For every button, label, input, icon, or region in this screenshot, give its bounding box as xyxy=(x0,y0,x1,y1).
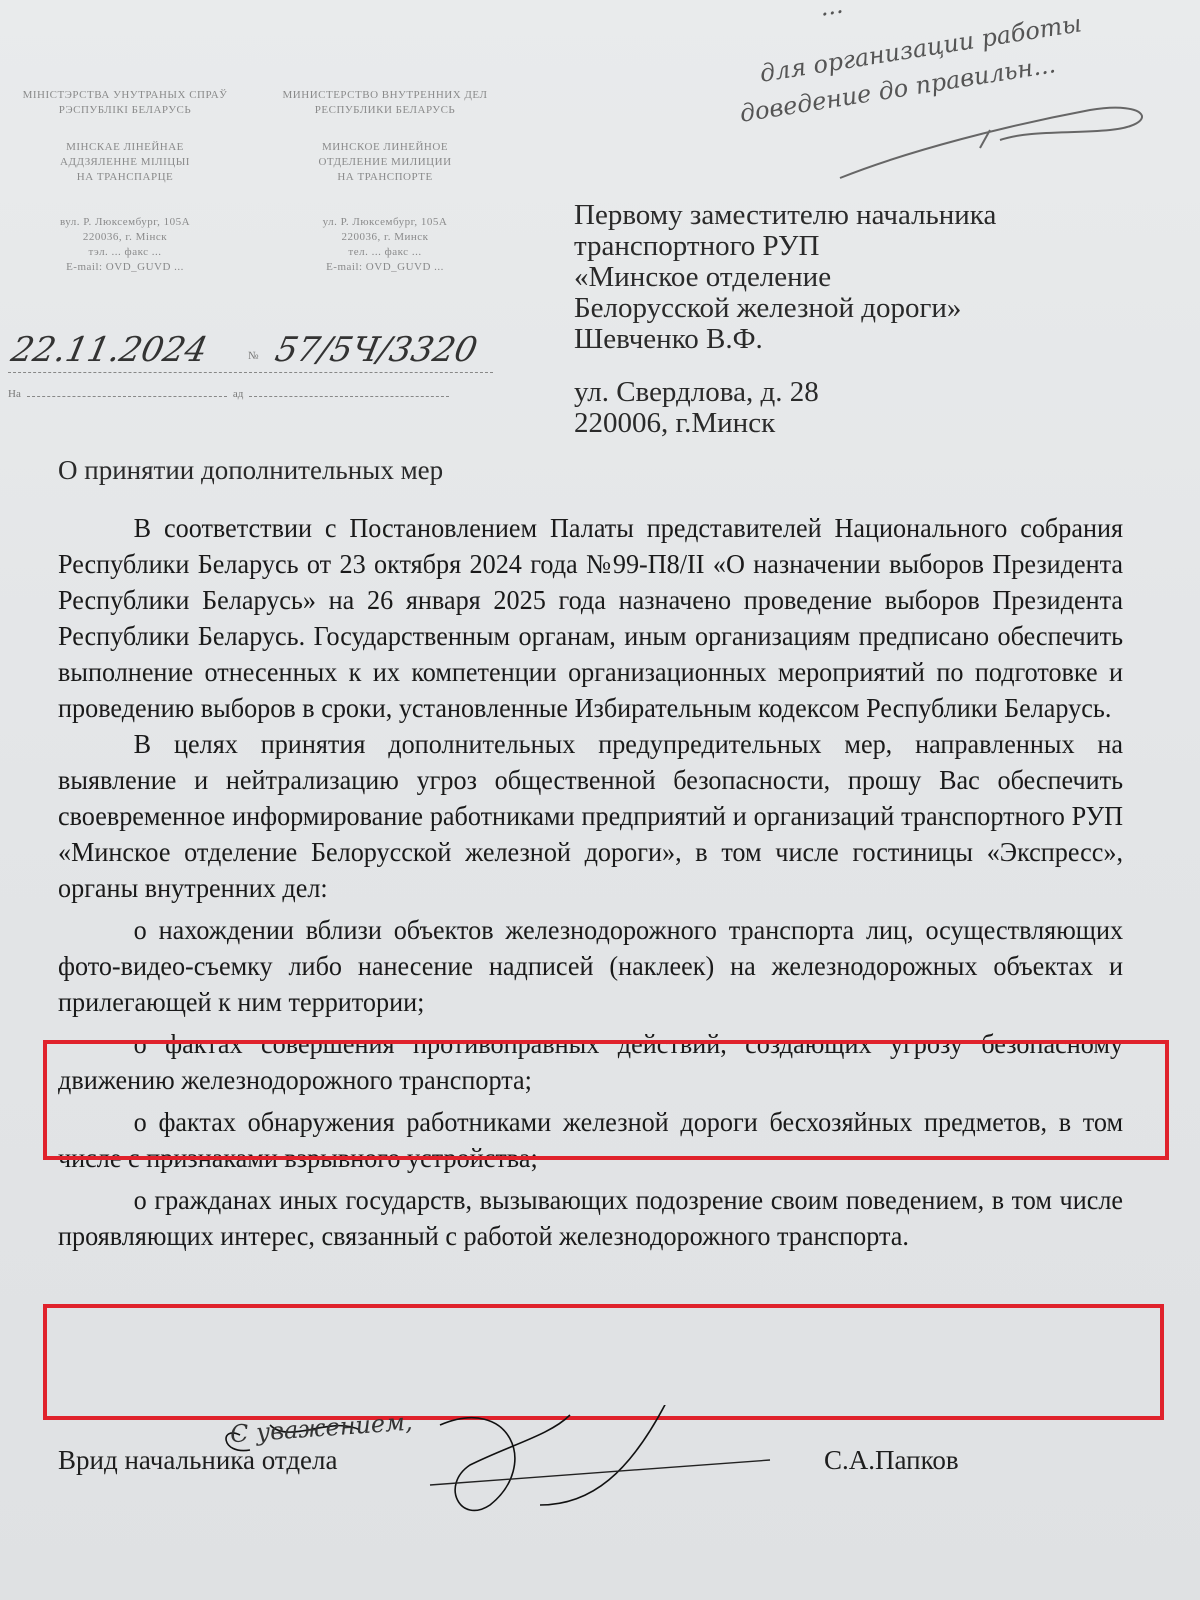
letterhead-left: МІНІСТЭРСТВА УНУТРАНЫХ СПРАЎ РЭСПУБЛІКІ … xyxy=(20,88,230,297)
signature-row: Врид начальника отдела С.А.Папков xyxy=(58,1445,1158,1505)
letterhead-line: НА ТРАНСПАРЦЕ xyxy=(20,170,230,185)
registration-line: 22.11.2024 № 57/5Ч/3320 xyxy=(8,330,493,380)
letterhead-line: МИНИСТЕРСТВО ВНУТРЕННИХ ДЕЛ xyxy=(270,88,500,103)
letterhead-line: РЕСПУБЛИКИ БЕЛАРУСЬ xyxy=(270,103,500,118)
body-paragraph: В соответствии с Постановлением Палаты п… xyxy=(58,510,1123,726)
resolution-signature-icon xyxy=(830,100,1160,180)
signer-title: Врид начальника отдела xyxy=(58,1445,338,1476)
handwritten-resolution: ... для организации работы доведение до … xyxy=(740,0,1200,190)
reference-from-blank xyxy=(249,396,449,397)
letterhead-left-address: вул. Р. Люксембург, 105А 220036, г. Мінс… xyxy=(20,215,230,275)
resolution-line: ... xyxy=(818,0,845,22)
reference-line: Наад xyxy=(8,388,493,400)
letterhead-line: МИНСКОЕ ЛИНЕЙНОЕ xyxy=(270,140,500,155)
registration-number: 57/5Ч/3320 xyxy=(272,330,481,370)
addressee-line: Белорусской железной дороги» xyxy=(574,293,996,324)
letterhead-left-org: МІНІСТЭРСТВА УНУТРАНЫХ СПРАЎ РЭСПУБЛІКІ … xyxy=(20,88,230,185)
addressee-line: Шевченко В.Ф. xyxy=(574,324,996,355)
highlight-box-foreign-citizens xyxy=(43,1304,1164,1420)
reference-blank xyxy=(27,396,227,397)
letterhead-line: МІНІСТЭРСТВА УНУТРАНЫХ СПРАЎ xyxy=(20,88,230,103)
letterhead-line: АДДЗЯЛЕННЕ МІЛІЦЫІ xyxy=(20,155,230,170)
spacer xyxy=(574,355,996,377)
letter-body: В соответствии с Постановлением Палаты п… xyxy=(58,510,1123,1254)
letterhead-line: E-mail: OVD_GUVD ... xyxy=(20,260,230,275)
body-list-item-highlighted: о гражданах иных государств, вызывающих … xyxy=(58,1182,1123,1254)
letterhead-line: E-mail: OVD_GUVD ... xyxy=(270,260,500,275)
body-list-item-highlighted: о нахождении вблизи объектов железнодоро… xyxy=(58,912,1123,1020)
letterhead-right-org: МИНИСТЕРСТВО ВНУТРЕННИХ ДЕЛ РЕСПУБЛИКИ Б… xyxy=(270,88,500,185)
body-list-item: о фактах совершения противоправных дейст… xyxy=(58,1026,1123,1098)
registration-underline xyxy=(8,372,493,373)
letterhead-line: МІНСКАЕ ЛІНЕЙНАЕ xyxy=(20,140,230,155)
letterhead-line: ул. Р. Люксембург, 105А xyxy=(270,215,500,230)
reference-label: На xyxy=(8,388,21,400)
addressee-block: Первому заместителю начальника транспорт… xyxy=(574,200,996,439)
letterhead-right: МИНИСТЕРСТВО ВНУТРЕННИХ ДЕЛ РЕСПУБЛИКИ Б… xyxy=(270,88,500,297)
reference-from-label: ад xyxy=(233,388,243,400)
letterhead-line: ОТДЕЛЕНИЕ МИЛИЦИИ xyxy=(270,155,500,170)
addressee-line: Первому заместителю начальника xyxy=(574,200,996,231)
registration-date: 22.11.2024 xyxy=(8,330,211,370)
body-list-item: о фактах обнаружения работниками железно… xyxy=(58,1104,1123,1176)
addressee-line: «Минское отделение xyxy=(574,262,996,293)
body-paragraph: В целях принятия дополнительных предупре… xyxy=(58,726,1123,906)
addressee-address-line: ул. Свердлова, д. 28 xyxy=(574,377,996,408)
letterhead-right-address: ул. Р. Люксембург, 105А 220036, г. Минск… xyxy=(270,215,500,275)
document-page: МІНІСТЭРСТВА УНУТРАНЫХ СПРАЎ РЭСПУБЛІКІ … xyxy=(0,0,1200,1600)
letterhead-line: 220036, г. Мінск xyxy=(20,230,230,245)
addressee-line: транспортного РУП xyxy=(574,231,996,262)
letterhead-line: тел. ... факс ... xyxy=(270,245,500,260)
registration-number-label: № xyxy=(248,350,259,362)
letterhead-line: РЭСПУБЛІКІ БЕЛАРУСЬ xyxy=(20,103,230,118)
letterhead-line: тэл. ... факс ... xyxy=(20,245,230,260)
letter-subject: О принятии дополнительных мер xyxy=(58,455,443,486)
addressee-address-line: 220006, г.Минск xyxy=(574,408,996,439)
letterhead-line: НА ТРАНСПОРТЕ xyxy=(270,170,500,185)
letterhead-line: вул. Р. Люксембург, 105А xyxy=(20,215,230,230)
signer-name: С.А.Папков xyxy=(824,1445,959,1476)
letterhead-line: 220036, г. Минск xyxy=(270,230,500,245)
